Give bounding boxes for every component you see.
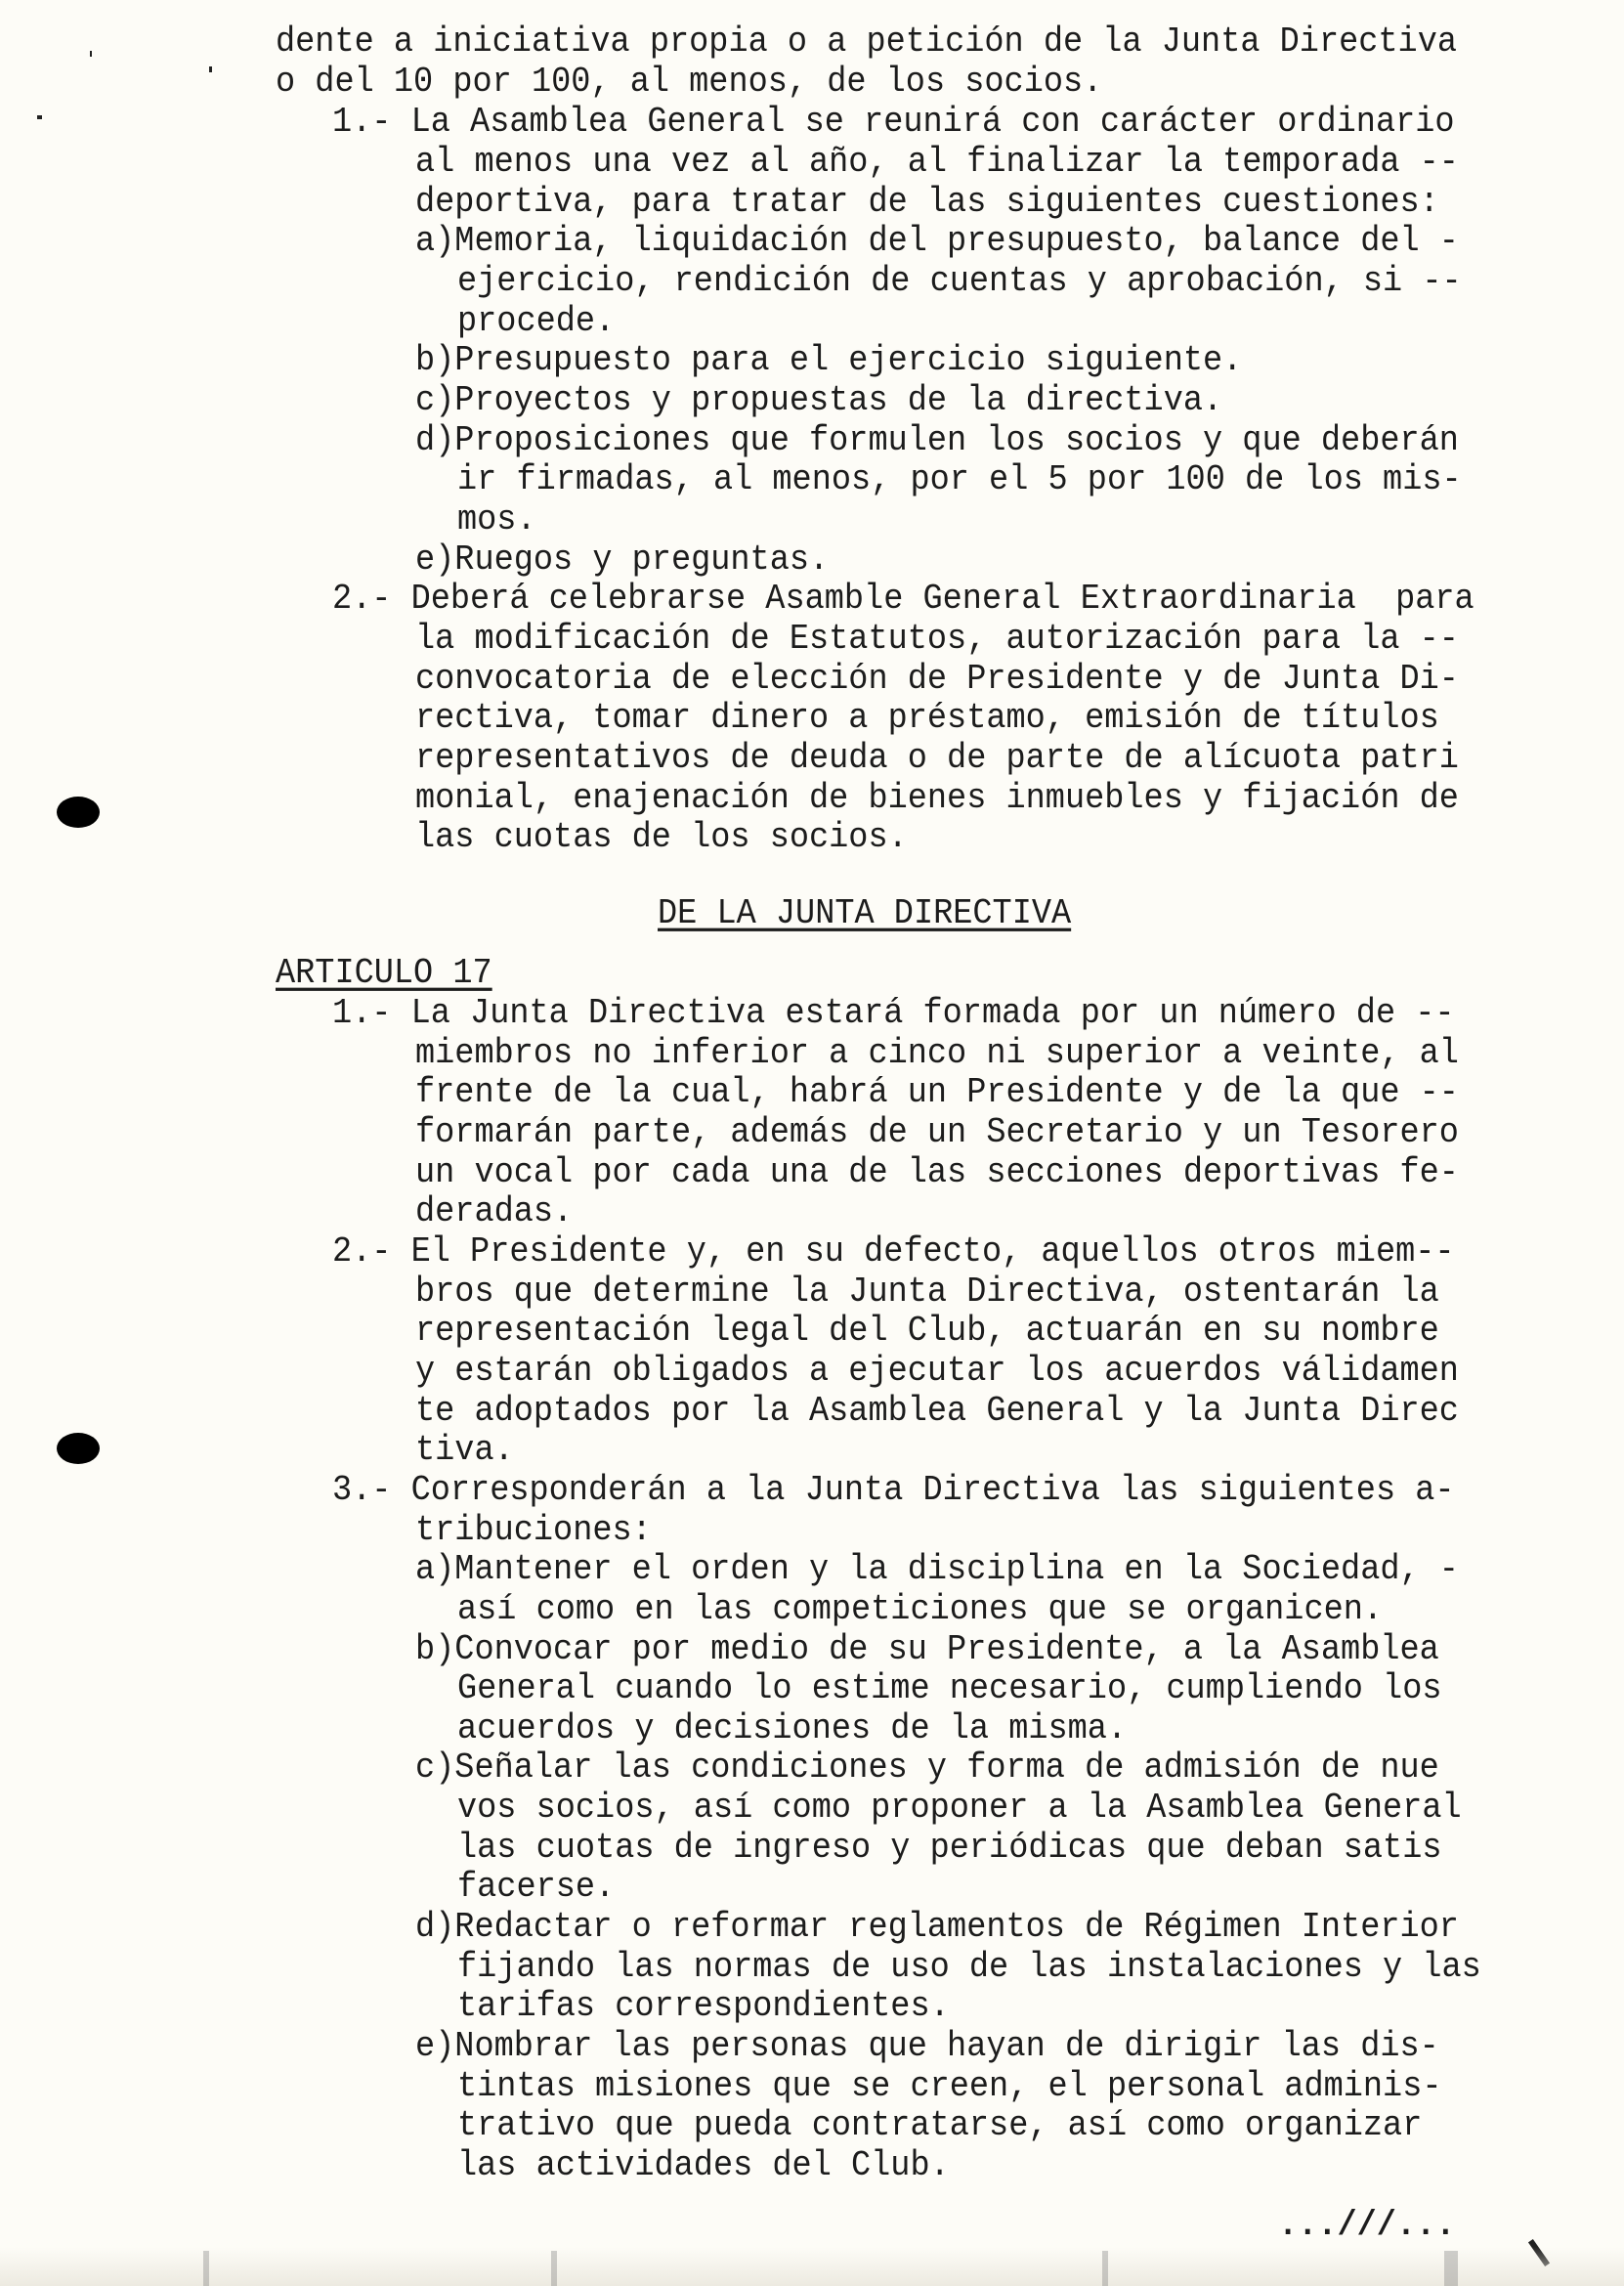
sub-item-b: b)Convocar por medio de su Presidente, a…: [415, 1629, 1439, 1671]
text-line: dente a iniciativa propia o a petición d…: [276, 22, 1457, 64]
sub-item-d: d)Proposiciones que formulen los socios …: [415, 420, 1459, 462]
sub-item-d: d)Redactar o reformar reglamentos de Rég…: [415, 1907, 1459, 1949]
sub-item-a: a)Memoria, liquidación del presupuesto, …: [415, 221, 1459, 263]
text-line: convocatoria de elección de Presidente y…: [415, 659, 1459, 701]
scan-mark: [209, 66, 212, 72]
text-line: ir firmadas, al menos, por el 5 por 100 …: [457, 459, 1462, 501]
text-line: representativos de deuda o de parte de a…: [415, 738, 1459, 780]
article-item-3: 3.- Corresponderán a la Junta Directiva …: [332, 1470, 1455, 1512]
article-item-1: 1.- La Junta Directiva estará formada po…: [332, 993, 1455, 1035]
scan-streak: [1444, 2251, 1458, 2286]
text-line: monial, enajenación de bienes inmuebles …: [415, 778, 1459, 820]
text-line: ejercicio, rendición de cuentas y aproba…: [457, 261, 1462, 303]
text-line: te adoptados por la Asamblea General y l…: [415, 1391, 1459, 1433]
punch-hole-bottom: [57, 1433, 100, 1464]
scan-bottom-edge: [0, 2247, 1624, 2286]
scan-streak: [551, 2251, 557, 2286]
text-line: fijando las normas de uso de las instala…: [457, 1947, 1481, 1989]
text-line: o del 10 por 100, al menos, de los socio…: [276, 62, 1102, 104]
text-line: deportiva, para tratar de las siguientes…: [415, 182, 1439, 224]
text-line: deradas.: [415, 1191, 573, 1233]
scan-streak: [203, 2251, 209, 2286]
text-line: procede.: [457, 301, 615, 343]
scan-mark: [90, 51, 92, 57]
text-line: General cuando lo estime necesario, cump…: [457, 1668, 1442, 1710]
sub-item-e: e)Nombrar las personas que hayan de diri…: [415, 2026, 1439, 2068]
sub-item-e: e)Ruegos y preguntas.: [415, 539, 829, 582]
text-line: facerse.: [457, 1867, 615, 1909]
text-line: tiva.: [415, 1430, 514, 1472]
text-line: bros que determine la Junta Directiva, o…: [415, 1272, 1439, 1314]
text-line: frente de la cual, habrá un Presidente y…: [415, 1072, 1459, 1114]
text-line: vos socios, así como proponer a la Asamb…: [457, 1788, 1462, 1830]
sub-item-b: b)Presupuesto para el ejercicio siguient…: [415, 340, 1242, 382]
article-label: ARTICULO 17: [276, 953, 492, 995]
text-line: representación legal del Club, actuarán …: [415, 1311, 1439, 1353]
sub-item-a: a)Mantener el orden y la disciplina en l…: [415, 1549, 1459, 1591]
text-line: y estarán obligados a ejecutar los acuer…: [415, 1351, 1459, 1393]
text-line: las cuotas de los socios.: [415, 817, 908, 859]
article-item-1: 1.- La Asamblea General se reunirá con c…: [332, 102, 1455, 144]
text-line: las actividades del Club.: [457, 2145, 950, 2187]
text-line: al menos una vez al año, al finalizar la…: [415, 142, 1459, 184]
text-line: trativo que pueda contratarse, así como …: [457, 2105, 1422, 2147]
text-line: acuerdos y decisiones de la misma.: [457, 1708, 1127, 1750]
text-line: las cuotas de ingreso y periódicas que d…: [457, 1828, 1442, 1870]
sub-item-c: c)Proyectos y propuestas de la directiva…: [415, 380, 1222, 422]
sub-item-c: c)Señalar las condiciones y forma de adm…: [415, 1747, 1439, 1790]
text-line: la modificación de Estatutos, autorizaci…: [415, 619, 1459, 661]
article-item-2: 2.- El Presidente y, en su defecto, aque…: [332, 1231, 1455, 1273]
text-line: así como en las competiciones que se org…: [457, 1589, 1383, 1631]
text-line: un vocal por cada una de las secciones d…: [415, 1152, 1459, 1194]
text-line: tintas misiones que se creen, el persona…: [457, 2066, 1442, 2108]
document-page: dente a iniciativa propia o a petición d…: [0, 0, 1624, 2286]
text-line: rectiva, tomar dinero a préstamo, emisió…: [415, 698, 1439, 740]
continuation-mark: ...///...: [1278, 2205, 1455, 2247]
text-line: miembros no inferior a cinco ni superior…: [415, 1033, 1459, 1075]
text-line: mos.: [457, 499, 536, 541]
text-line: formarán parte, además de un Secretario …: [415, 1112, 1459, 1154]
scan-mark: [37, 115, 42, 119]
section-heading: DE LA JUNTA DIRECTIVA: [658, 893, 1071, 935]
scan-streak: [1102, 2251, 1108, 2286]
text-line: tribuciones:: [415, 1510, 652, 1552]
text-line: tarifas correspondientes.: [457, 1986, 950, 2028]
punch-hole-top: [57, 797, 100, 828]
article-item-2: 2.- Deberá celebrarse Asamble General Ex…: [332, 579, 1474, 621]
